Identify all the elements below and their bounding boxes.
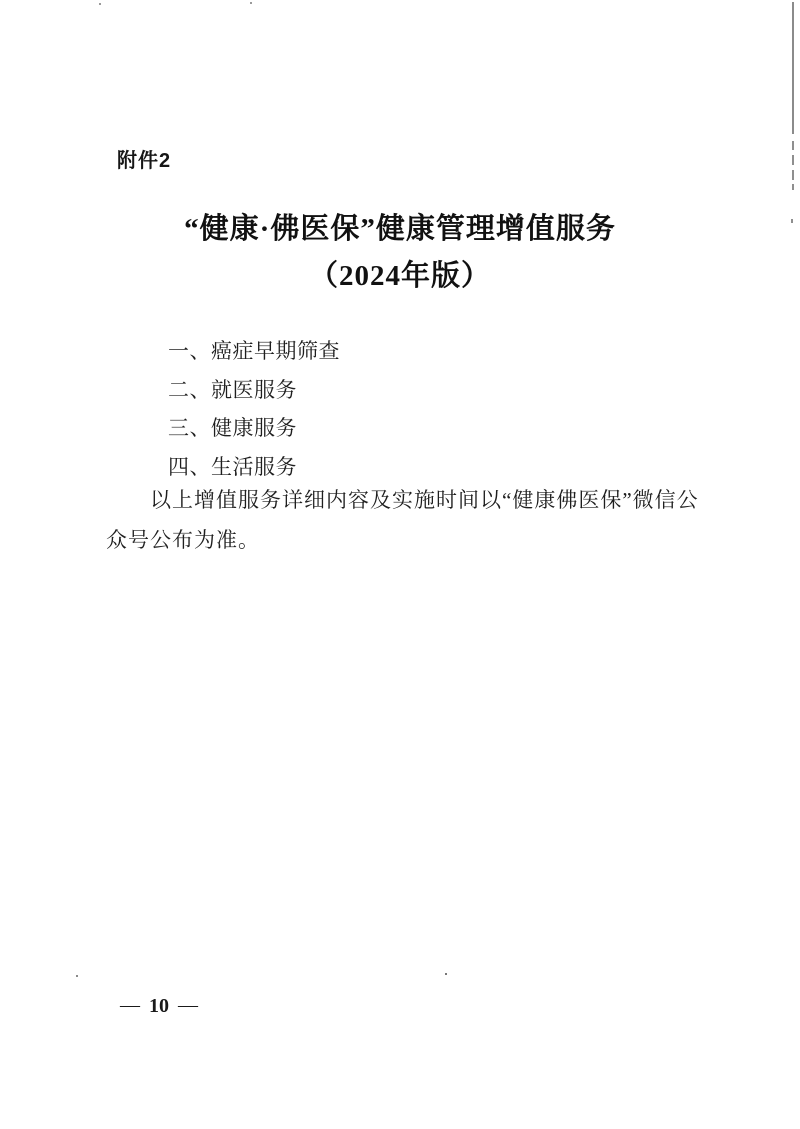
document-title-line-2: （2024年版）: [0, 253, 800, 300]
scan-artifact-vertical-line: [792, 2, 794, 134]
document-page: 附件2 “健康·佛医保”健康管理增值服务 （2024年版） 一、癌症早期筛查 二…: [0, 0, 800, 1129]
attachment-label: 附件2: [117, 144, 171, 173]
page-number-left-dash: —: [120, 995, 140, 1015]
scan-artifact-dash: [792, 141, 794, 150]
closing-paragraph: 以上增值服务详细内容及实施时间以“健康佛医保”微信公 众号公布为准。: [106, 480, 746, 560]
scan-artifact-speck: [445, 973, 447, 975]
scan-artifact-speck: [250, 2, 252, 4]
scan-artifact-dash: [791, 219, 793, 223]
document-title: “健康·佛医保”健康管理增值服务 （2024年版）: [0, 206, 800, 300]
list-item-medical-service: 二、就医服务: [168, 371, 340, 410]
scan-artifact-dash: [792, 170, 794, 180]
service-list: 一、癌症早期筛查 二、就医服务 三、健康服务 四、生活服务: [168, 332, 340, 486]
scan-artifact-dash: [792, 155, 794, 165]
list-item-cancer-screening: 一、癌症早期筛查: [168, 332, 340, 371]
page-number-right-dash: —: [178, 995, 198, 1015]
page-number-value: 10: [149, 995, 169, 1018]
scan-artifact-speck: [99, 3, 101, 5]
page-number: — 10 —: [120, 995, 198, 1018]
paragraph-line-2: 众号公布为准。: [106, 520, 746, 560]
paragraph-line-1: 以上增值服务详细内容及实施时间以“健康佛医保”微信公: [106, 480, 746, 520]
document-title-line-1: “健康·佛医保”健康管理增值服务: [0, 206, 800, 253]
list-item-health-service: 三、健康服务: [168, 409, 340, 448]
scan-artifact-speck: [76, 975, 78, 977]
scan-artifact-dash: [792, 184, 794, 190]
